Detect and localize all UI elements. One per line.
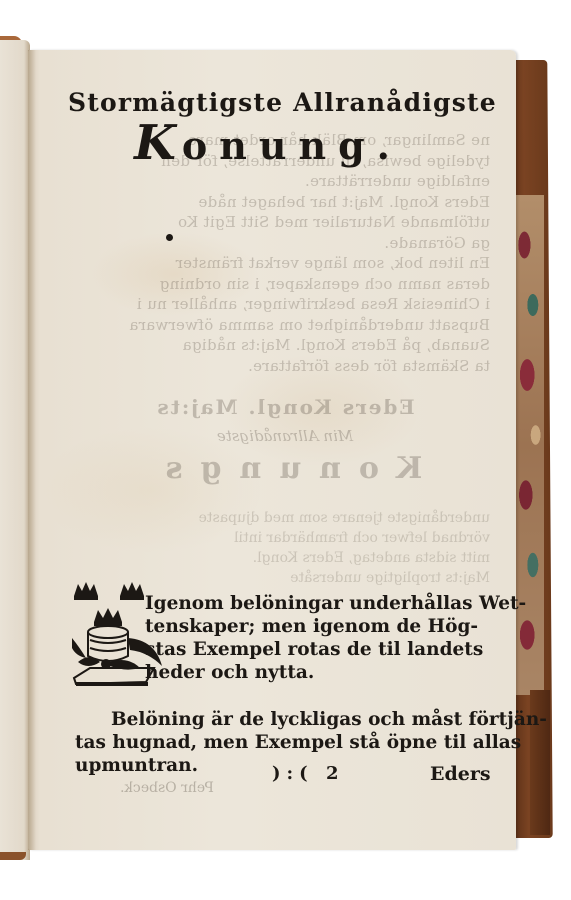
bleed-line: vördnad lefwer och framhärdar intil — [70, 528, 490, 548]
bleed-line: i Chinesisk Resa beskrifwinger, anhåller… — [70, 294, 490, 315]
body-line: tas hugnad, men Exempel stå öpne til all… — [75, 731, 485, 754]
page-heading: Stormägtigste Allranådigste Konung. — [68, 88, 468, 171]
body-line: Belöning är de lyckligas och måst förtjä… — [75, 708, 485, 731]
bleed-closing-line: Eders Kongl. Maj:ts — [120, 395, 450, 419]
catchword: Eders — [430, 763, 491, 785]
bleed-line: utfölmande Naturalier med Sitt Egit Ko — [70, 212, 490, 233]
body-line: tenskaper; men igenom de Hög- — [145, 615, 485, 638]
bleed-through-lower: underdånigste tjenare som med djupaste v… — [70, 508, 490, 588]
bleed-line: mitt sidsta andetag, Eders Kongl. — [70, 548, 490, 568]
bleed-closing-line: Konungs — [120, 451, 450, 486]
bleed-line: Bupsatt underdånighet om samma öfwerwara — [70, 315, 490, 336]
body-line: heder och nytta. — [145, 661, 485, 684]
body-line: Igenom belöningar underhållas Wet- — [145, 592, 485, 615]
heading-title-line: Stormägtigste Allranådigste — [68, 88, 468, 117]
signature-mark: ):( 2 — [272, 763, 344, 784]
bleed-line: deras namn och egenskaper, i sin ordning — [70, 274, 490, 295]
bleed-line: En liten bok, som länge verkat främster — [70, 253, 490, 274]
decorated-initial: K — [134, 115, 182, 171]
bleed-through-closing: Eders Kongl. Maj:ts Min Allranådigste Ko… — [120, 395, 450, 486]
body-line: stas Exempel rotas de til landets — [145, 638, 485, 661]
bleed-line: Eders Kongl. Maj:t har behaget nåde — [70, 192, 490, 213]
bleed-through-signature: Pehr Osbeck. — [120, 780, 214, 796]
heading-konung-rest: onung. — [182, 123, 402, 168]
heading-konung: Konung. — [68, 115, 468, 171]
bleed-line: underdånigste tjenare som med djupaste — [70, 508, 490, 528]
bleed-line: enfaldige underrättare. — [70, 171, 490, 192]
gutter-shadow — [28, 50, 36, 850]
bleed-line: ga Göranade. — [70, 233, 490, 254]
bleed-closing-line: Min Allranådigste — [120, 427, 450, 445]
motto-paragraph-1: Igenom belöningar underhållas Wet- tensk… — [145, 592, 485, 684]
front-cover-corner-bottom — [0, 852, 26, 860]
bleed-line: ta Skämsta för dess författare. — [70, 356, 490, 377]
bleed-line: Suanab, på Eders Kongl. Maj:ts nådiga — [70, 335, 490, 356]
ink-spot — [166, 234, 173, 241]
previous-leaf-edge — [0, 40, 30, 860]
book-photograph: ne Samlingar, om Bläk hår ordet mare tyd… — [0, 0, 571, 900]
marbled-paper-board — [516, 195, 544, 695]
